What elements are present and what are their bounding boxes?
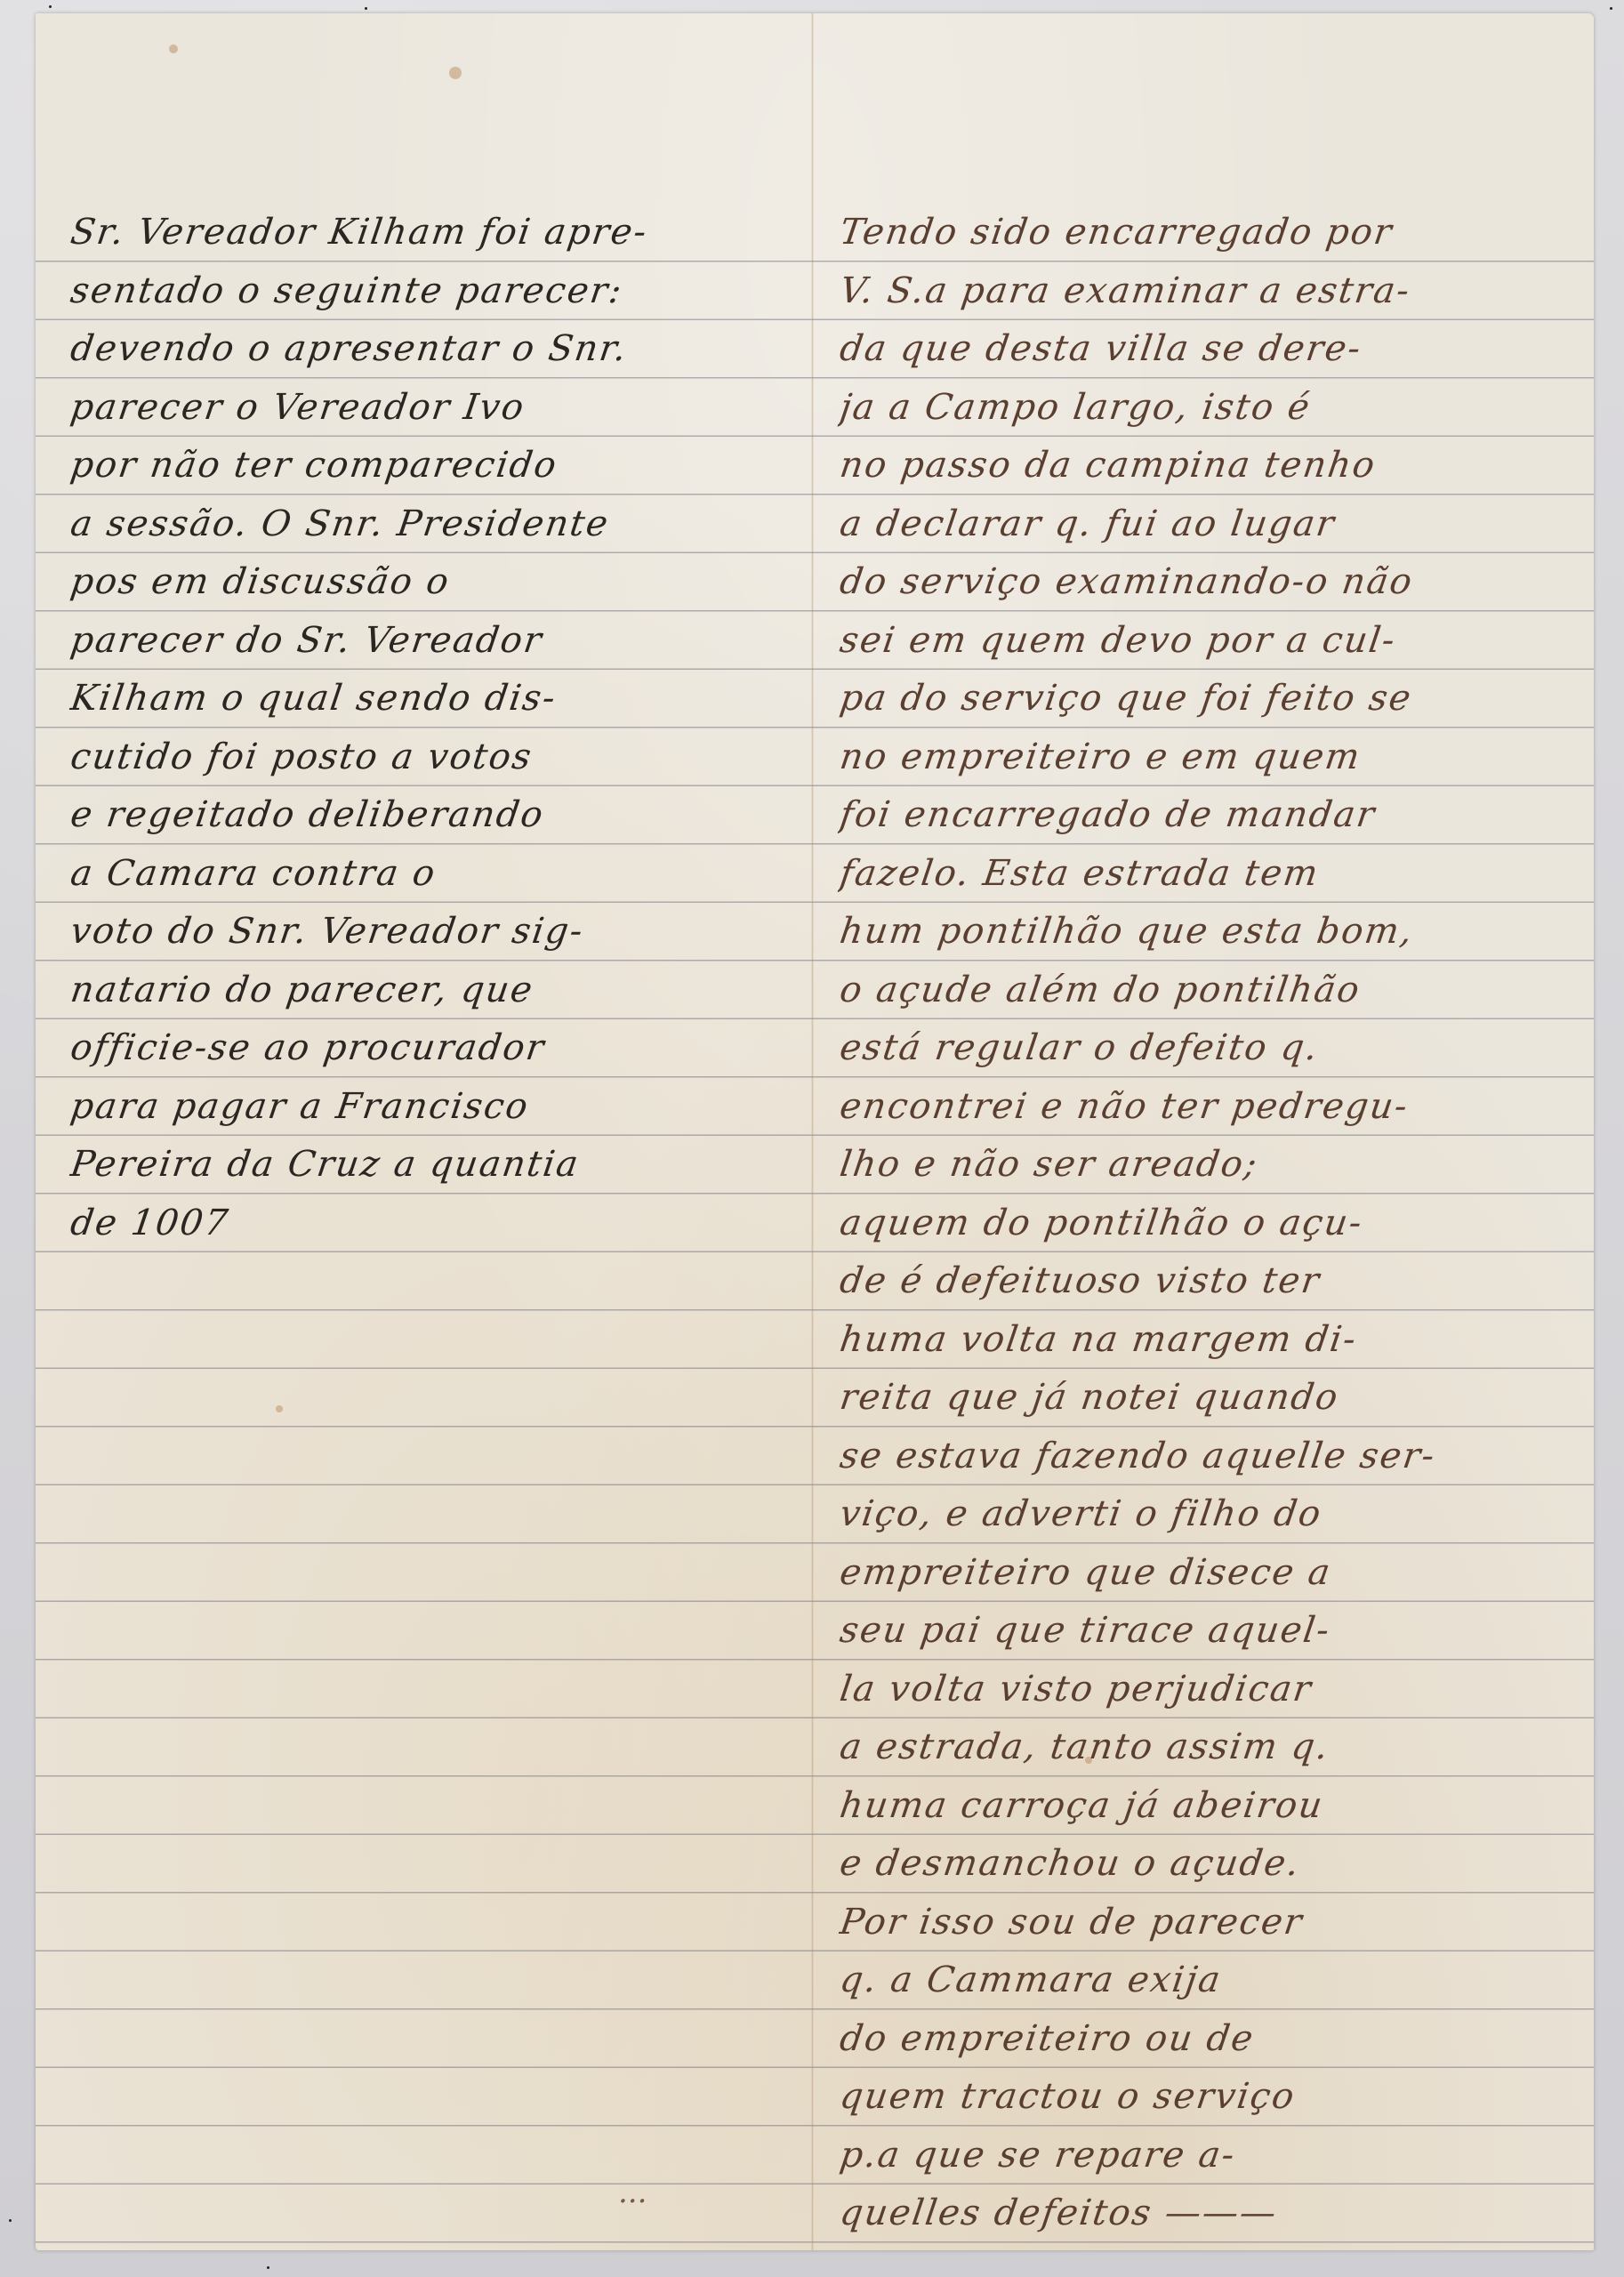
text-line: de é defeituoso visto ter — [836, 1252, 1564, 1311]
text-line: e regeitado deliberando — [67, 786, 804, 845]
text-line: do serviço examinando-o não — [836, 553, 1564, 612]
text-line: no empreiteiro e em quem — [836, 728, 1564, 787]
text-line: de 1007 — [67, 1195, 804, 1253]
dust-speck — [267, 2266, 269, 2269]
text-line: Por isso sou de parecer — [836, 1894, 1564, 1952]
text-line: parecer do Sr. Vereador — [67, 612, 804, 671]
text-line: a estrada, tanto assim q. — [836, 1718, 1564, 1777]
dust-speck — [1610, 7, 1612, 10]
text-line: ja a Campo largo, isto é — [836, 379, 1564, 438]
text-line: sentado o seguinte parecer: — [67, 262, 804, 321]
center-fold — [811, 13, 814, 2250]
text-line: q. a Cammara exija — [836, 1951, 1564, 2010]
text-line: V. S.a para examinar a estra- — [836, 262, 1564, 321]
text-line: e desmanchou o açude. — [836, 1835, 1564, 1894]
manuscript-sheet: Sr. Vereador Kilham foi apre- sentado o … — [36, 13, 1594, 2250]
text-line: o açude além do pontilhão — [836, 961, 1564, 1020]
text-line: quem tractou o serviço — [836, 2068, 1564, 2127]
text-line: officie-se ao procurador — [67, 1019, 804, 1078]
text-line: Pereira da Cruz a quantia — [67, 1136, 804, 1195]
text-line: Sr. Vereador Kilham foi apre- — [67, 204, 804, 262]
text-line: pos em discussão o — [67, 553, 804, 612]
text-line: huma volta na margem di- — [836, 1311, 1564, 1370]
text-line: por não ter comparecido — [67, 437, 804, 495]
text-line: quelles defeitos ——— — [836, 2184, 1564, 2243]
dust-speck — [9, 2219, 12, 2222]
text-line: lho e não ser areado; — [836, 1136, 1564, 1195]
text-line: se estava fazendo aquelle ser- — [836, 1428, 1564, 1486]
text-line: hum pontilhão que esta bom, — [836, 903, 1564, 961]
foxing-stain — [276, 1405, 283, 1412]
text-line: huma carroça já abeirou — [836, 1777, 1564, 1836]
text-line: parecer o Vereador Ivo — [67, 379, 804, 438]
foxing-stain — [449, 67, 462, 79]
left-column-text: Sr. Vereador Kilham foi apre- sentado o … — [67, 204, 796, 1252]
text-line: viço, e adverti o filho do — [836, 1485, 1564, 1544]
text-line: reita que já notei quando — [836, 1369, 1564, 1428]
text-line: foi encarregado de mandar — [836, 786, 1564, 845]
text-line: está regular o defeito q. — [836, 1019, 1564, 1078]
text-line: no passo da campina tenho — [836, 437, 1564, 495]
text-line: cutido foi posto a votos — [67, 728, 804, 787]
text-line: empreiteiro que disece a — [836, 1544, 1564, 1603]
text-line: a Camara contra o — [67, 845, 804, 904]
text-line: p.a que se repare a- — [836, 2127, 1564, 2185]
text-line: do empreiteiro ou de — [836, 2010, 1564, 2069]
dust-speck — [365, 7, 367, 10]
text-line: voto do Snr. Vereador sig- — [67, 903, 804, 961]
text-line: da que desta villa se dere- — [836, 320, 1564, 379]
text-line: seu pai que tirace aquel- — [836, 1602, 1564, 1661]
text-line: aquem do pontilhão o açu- — [836, 1195, 1564, 1253]
text-line: a sessão. O Snr. Presidente — [67, 495, 804, 554]
text-line: pa do serviço que foi feito se — [836, 670, 1564, 728]
text-line: para pagar a Francisco — [67, 1078, 804, 1137]
margin-marks: ... — [618, 2175, 647, 2210]
dust-speck — [49, 5, 52, 8]
text-line: a declarar q. fui ao lugar — [836, 495, 1564, 554]
foxing-stain — [169, 44, 178, 53]
text-line: fazelo. Esta estrada tem — [836, 845, 1564, 904]
text-line: natario do parecer, que — [67, 961, 804, 1020]
text-line: sei em quem devo por a cul- — [836, 612, 1564, 671]
text-line: Tendo sido encarregado por — [836, 204, 1564, 262]
text-line: la volta visto perjudicar — [836, 1661, 1564, 1719]
right-column-text: Tendo sido encarregado por V. S.a para e… — [836, 204, 1556, 2243]
text-line: encontrei e não ter pedregu- — [836, 1078, 1564, 1137]
text-line: Kilham o qual sendo dis- — [67, 670, 804, 728]
text-line: devendo o apresentar o Snr. — [67, 320, 804, 379]
